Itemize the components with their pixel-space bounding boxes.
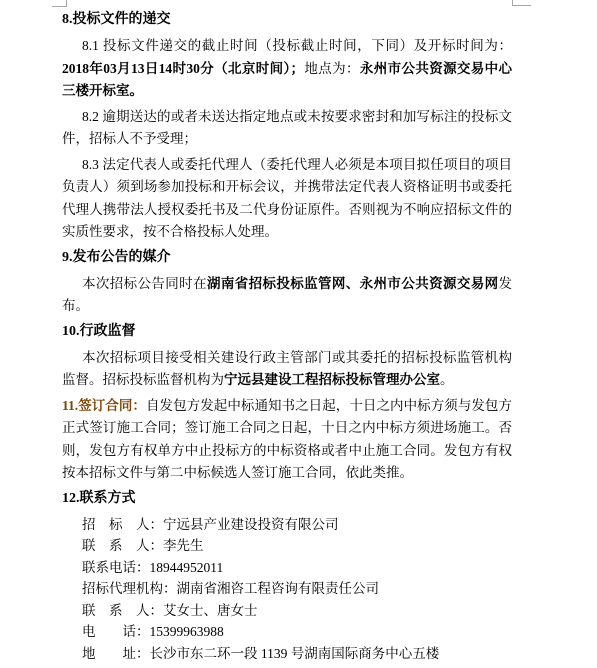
contact-line-contact-person-2: 联 系 人：艾女士、唐女士 bbox=[62, 600, 512, 622]
contact-label: 联系电话： bbox=[82, 560, 150, 575]
text-run: 地点为： bbox=[304, 61, 360, 76]
section-9-heading: 9.发布公告的媒介 bbox=[62, 247, 512, 269]
paragraph-8-3: 8.3 法定代表人或委托代理人（委托代理人必须是本项目拟任项目的项目负责人）须到… bbox=[62, 154, 512, 244]
section-12-heading: 12.联系方式 bbox=[62, 488, 512, 510]
document-content: 8.投标文件的递交 8.1 投标文件递交的截止时间（投标截止时间，下同）及开标时… bbox=[62, 6, 512, 665]
text-run: 本次招标公告同时在 bbox=[82, 276, 207, 291]
margin-crop-mark-right bbox=[512, 0, 531, 6]
contact-line-phone-1: 联系电话：18944952011 bbox=[62, 557, 512, 579]
paragraph-9: 本次招标公告同时在湖南省招标投标监管网、永州市公共资源交易网发布。 bbox=[62, 273, 512, 318]
contact-value: 李先生 bbox=[163, 538, 204, 553]
contact-value: 长沙市东二环一段 1139 号湖南国际商务中心五楼 bbox=[150, 646, 440, 661]
bold-run-supervisor: 宁远县建设工程招标投标管理办公室 bbox=[224, 372, 440, 387]
section-10-heading: 10.行政监督 bbox=[62, 321, 512, 343]
contact-line-tenderer: 招 标 人：宁远县产业建设投资有限公司 bbox=[62, 514, 512, 536]
contact-value: 15399963988 bbox=[150, 624, 224, 639]
bold-run-media: 湖南省招标投标监管网、永州市公共资源交易网 bbox=[207, 276, 499, 291]
contact-line-agency: 招标代理机构：湖南省湘咨工程咨询有限责任公司 bbox=[62, 578, 512, 600]
paragraph-11: 11.签订合同：自发包方发起中标通知书之日起，十日之内中标方须与发包方正式签订施… bbox=[62, 395, 512, 485]
text-run: 8.1 投标文件递交的截止时间（投标截止时间，下同）及开标时间为： bbox=[82, 38, 512, 53]
contact-label: 地 址： bbox=[82, 646, 150, 661]
contact-label: 招标代理机构： bbox=[82, 581, 177, 596]
contact-line-contact-person-1: 联 系 人：李先生 bbox=[62, 535, 512, 557]
contact-value: 湖南省湘咨工程咨询有限责任公司 bbox=[177, 581, 380, 596]
contact-line-phone-2: 电 话：15399963988 bbox=[62, 621, 512, 643]
contact-label: 电 话： bbox=[82, 624, 150, 639]
contact-label: 联 系 人： bbox=[82, 538, 163, 553]
text-run: 。 bbox=[440, 372, 454, 387]
paragraph-10: 本次招标项目接受相关建设行政主管部门或其委托的招标投标监管机构监督。招标投标监督… bbox=[62, 347, 512, 392]
contact-value: 艾女士、唐女士 bbox=[163, 603, 258, 618]
paragraph-8-1: 8.1 投标文件递交的截止时间（投标截止时间，下同）及开标时间为：2018年03… bbox=[62, 35, 512, 103]
bold-run-deadline: 2018年03月13日14时30分（北京时间）； bbox=[62, 61, 304, 76]
contract-clause-lead: 11.签订合同： bbox=[62, 398, 146, 413]
contact-value: 宁远县产业建设投资有限公司 bbox=[163, 517, 339, 532]
contact-label: 联 系 人： bbox=[82, 603, 163, 618]
document-page: 8.投标文件的递交 8.1 投标文件递交的截止时间（投标截止时间，下同）及开标时… bbox=[0, 0, 597, 668]
contact-line-address: 地 址：长沙市东二环一段 1139 号湖南国际商务中心五楼 bbox=[62, 643, 512, 665]
contact-value: 18944952011 bbox=[150, 560, 224, 575]
section-8-heading: 8.投标文件的递交 bbox=[62, 9, 512, 31]
contact-label: 招 标 人： bbox=[82, 517, 163, 532]
paragraph-8-2: 8.2 逾期送达的或者未送达指定地点或未按要求密封和加写标注的投标文件，招标人不… bbox=[62, 106, 512, 151]
